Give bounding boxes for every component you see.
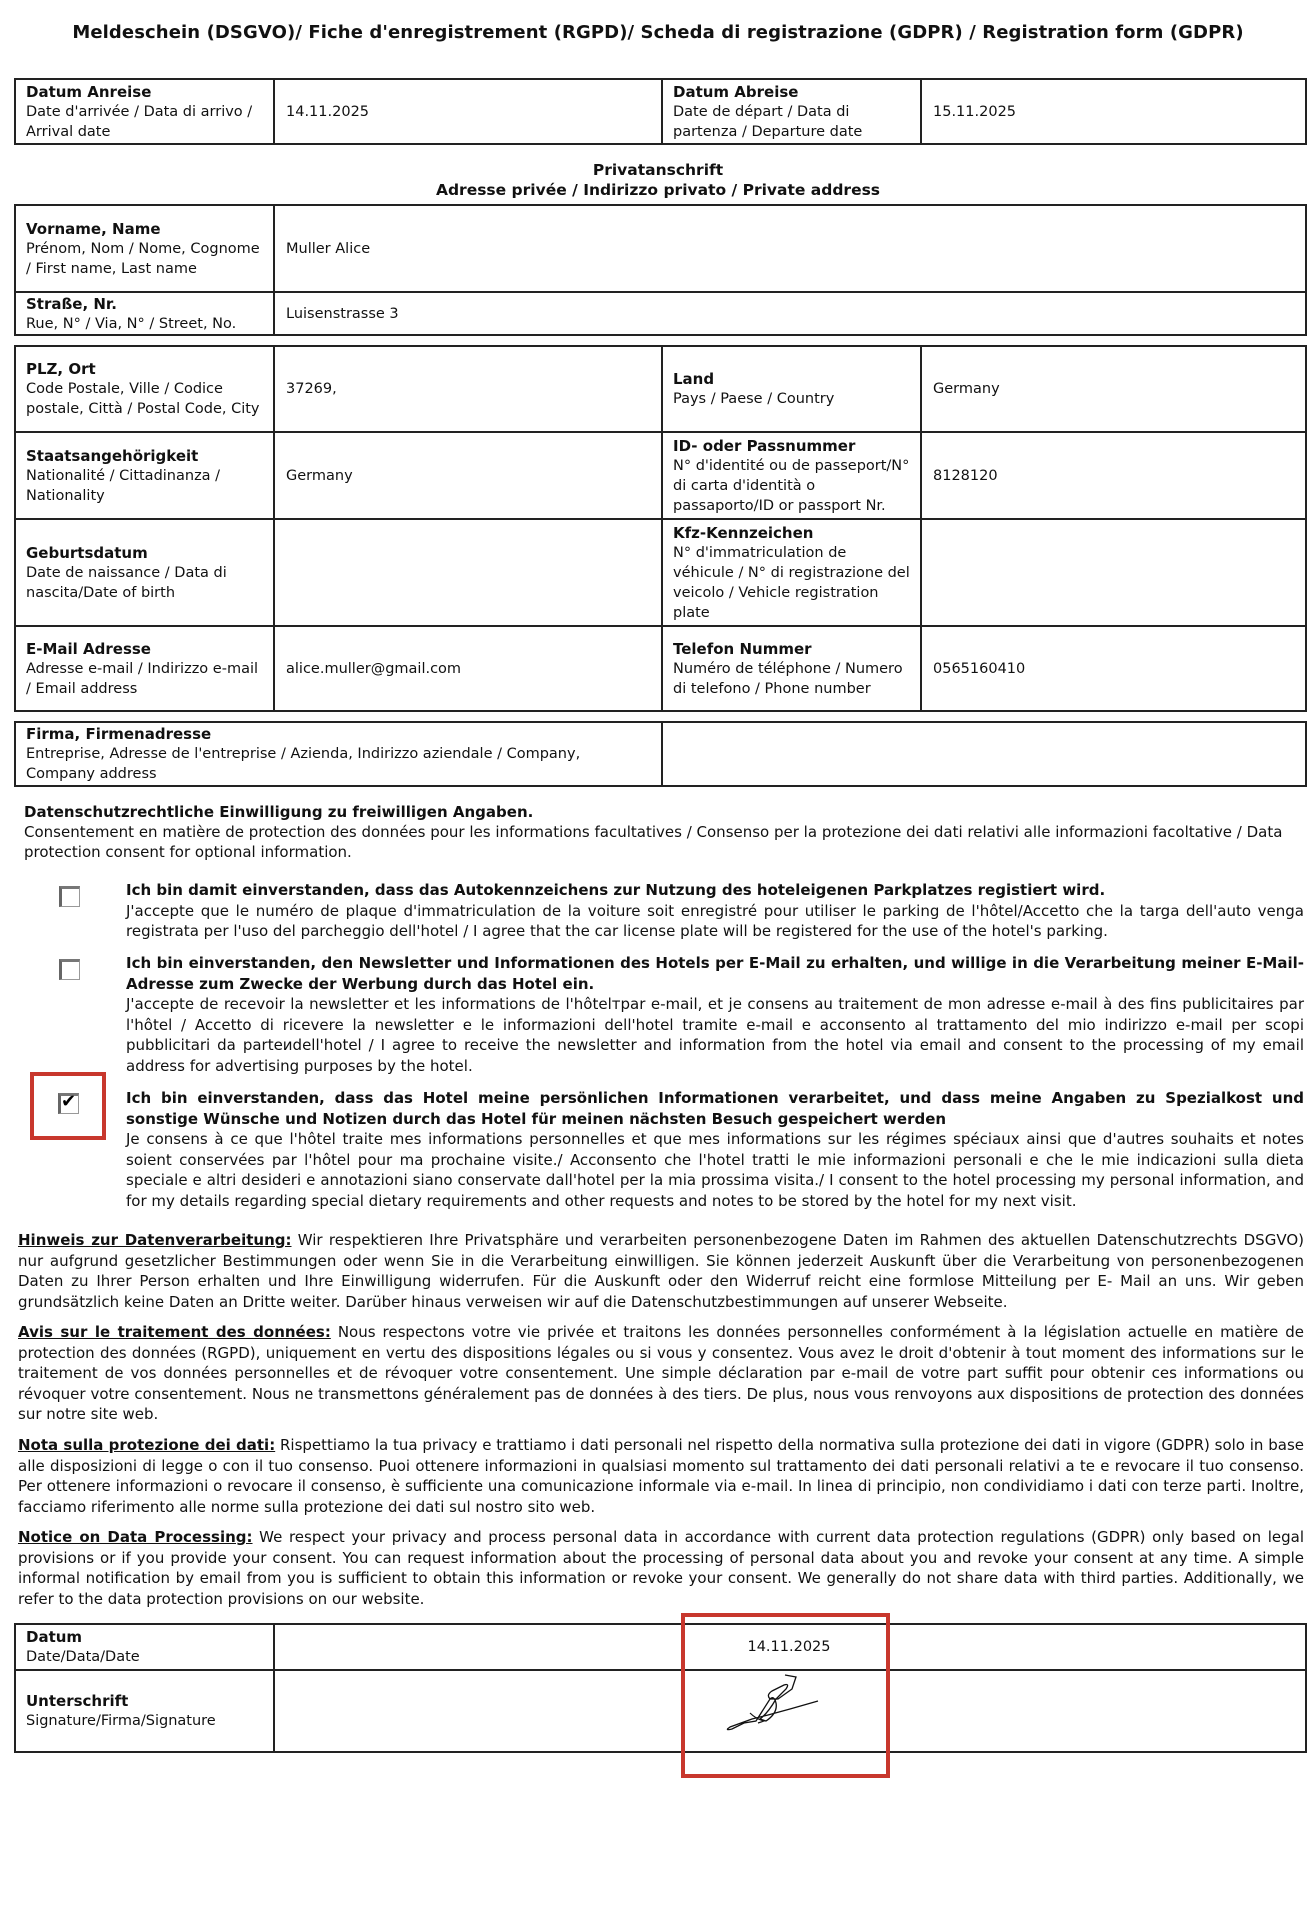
company-label-cell: Firma, FirmenadresseEntreprise, Adresse … — [15, 722, 662, 786]
company-field[interactable] — [662, 722, 1306, 786]
newsletter-consent-item: Ich bin einverstanden, den Newsletter un… — [126, 953, 1304, 1076]
nationality-label-cell: StaatsangehörigkeitNationalité / Cittadi… — [15, 432, 274, 519]
birthdate-field[interactable] — [274, 519, 662, 626]
arrival-label-cell: Datum AnreiseDate d'arrivée / Data di ar… — [15, 79, 274, 144]
nationality-field[interactable]: Germany — [274, 432, 662, 519]
country-field[interactable]: Germany — [921, 346, 1306, 432]
phone-field[interactable]: 0565160410 — [921, 626, 1306, 711]
signature-table: DatumDate/Data/Date 14.11.2025 Unterschr… — [14, 1623, 1307, 1753]
details-table: PLZ, OrtCode Postale, Ville / Codice pos… — [14, 345, 1307, 712]
birthdate-label-cell: GeburtsdatumDate de naissance / Data di … — [15, 519, 274, 626]
departure-date-field[interactable]: 15.11.2025 — [921, 79, 1306, 144]
personal-info-consent-item: Ich bin einverstanden, dass das Hotel me… — [126, 1088, 1304, 1211]
parking-consent-item: Ich bin damit einverstanden, dass das Au… — [126, 880, 1304, 942]
notice-french: Avis sur le traitement des données: Nous… — [18, 1322, 1304, 1425]
plate-label-cell: Kfz-KennzeichenN° d'immatriculation de v… — [662, 519, 921, 626]
private-address-heading: Privatanschrift Adresse privée / Indiriz… — [0, 160, 1316, 200]
notice-english: Notice on Data Processing: We respect yo… — [18, 1527, 1304, 1609]
newsletter-consent-checkbox[interactable] — [59, 959, 80, 980]
country-label-cell: LandPays / Paese / Country — [662, 346, 921, 432]
signature-highlight-box — [681, 1613, 890, 1778]
notice-italian: Nota sulla protezione dei dati: Rispetti… — [18, 1435, 1304, 1517]
id-label-cell: ID- oder PassnummerN° d'identité ou de p… — [662, 432, 921, 519]
street-field[interactable]: Luisenstrasse 3 — [274, 292, 1306, 335]
postal-label-cell: PLZ, OrtCode Postale, Ville / Codice pos… — [15, 346, 274, 432]
form-title: Meldeschein (DSGVO)/ Fiche d'enregistrem… — [0, 22, 1316, 43]
plate-field[interactable] — [921, 519, 1306, 626]
company-table: Firma, FirmenadresseEntreprise, Adresse … — [14, 721, 1307, 787]
checkmark-icon: ✔ — [61, 1091, 76, 1112]
email-label-cell: E-Mail AdresseAdresse e-mail / Indirizzo… — [15, 626, 274, 711]
phone-label-cell: Telefon NummerNuméro de téléphone / Nume… — [662, 626, 921, 711]
date-label-cell: DatumDate/Data/Date — [15, 1624, 274, 1670]
signature-label-cell: UnterschriftSignature/Firma/Signature — [15, 1670, 274, 1752]
departure-label-cell: Datum AbreiseDate de départ / Data di pa… — [662, 79, 921, 144]
personal-info-consent-checkbox[interactable]: ✔ — [58, 1093, 79, 1114]
name-label-cell: Vorname, NamePrénom, Nom / Nome, Cognome… — [15, 205, 274, 292]
notice-german: Hinweis zur Datenverarbeitung: Wir respe… — [18, 1230, 1304, 1312]
name-field[interactable]: Muller Alice — [274, 205, 1306, 292]
arrival-date-field[interactable]: 14.11.2025 — [274, 79, 662, 144]
street-label-cell: Straße, Nr.Rue, N° / Via, N° / Street, N… — [15, 292, 274, 335]
name-address-table: Vorname, NamePrénom, Nom / Nome, Cognome… — [14, 204, 1307, 336]
consent-heading: Datenschutzrechtliche Einwilligung zu fr… — [24, 802, 1304, 862]
stay-dates-table: Datum AnreiseDate d'arrivée / Data di ar… — [14, 78, 1307, 145]
id-number-field[interactable]: 8128120 — [921, 432, 1306, 519]
email-field[interactable]: alice.muller@gmail.com — [274, 626, 662, 711]
parking-consent-checkbox[interactable] — [59, 886, 80, 907]
postal-field[interactable]: 37269, — [274, 346, 662, 432]
